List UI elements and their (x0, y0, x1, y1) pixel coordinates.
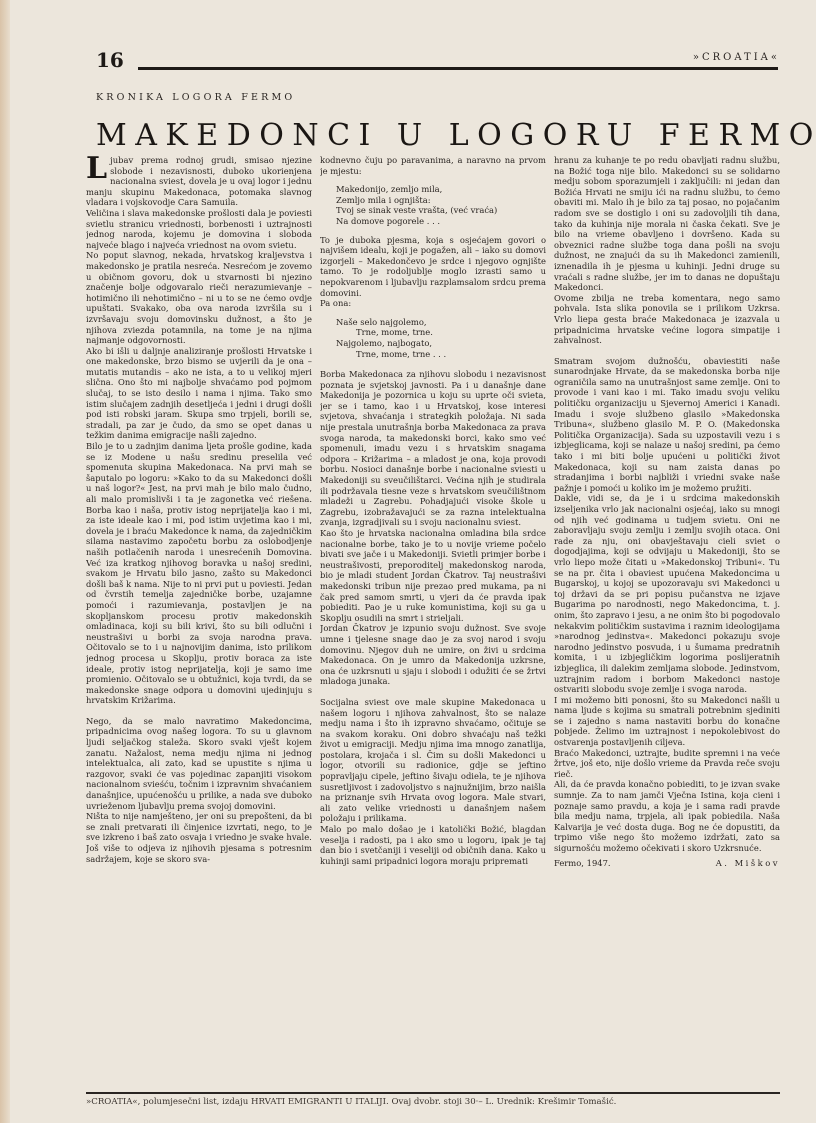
paragraph: To je duboka pjesma, koja s osjećajem go… (320, 235, 546, 299)
paragraph: Ako bi išli u daljnje analiziranje prošl… (86, 346, 312, 441)
footer-rule (86, 1092, 780, 1094)
verse-line: Trne, mome, trne . . . (336, 349, 546, 360)
paragraph: Smatram svojom dužnošću, obaviestiti naš… (554, 356, 780, 494)
drop-cap: L (86, 157, 107, 181)
section-kicker: KRONIKA LOGORA FERMO (96, 92, 295, 103)
verse-line: Na domove pogorele . . . (336, 216, 546, 227)
imprint-footer: »CROATIA«, polumjesečni list, izdaju HRV… (86, 1097, 780, 1107)
place-date: Fermo, 1947. (554, 858, 611, 869)
paragraph: Nego, da se malo navratimo Makedoncima, … (86, 716, 312, 811)
paragraph: No poput slavnog, nekada, hrvatskog kral… (86, 250, 312, 345)
header-rule (138, 67, 778, 70)
paragraph: Malo po malo došao je i katolički Božić,… (320, 824, 546, 866)
verse-line: Najgolemo, najbogato, (336, 338, 546, 349)
verse-2: Naše selo najgolemo, Trne, mome, trne. N… (336, 317, 546, 359)
paragraph: Socijalna sviest ove male skupine Makedo… (320, 697, 546, 824)
paragraph: I mi možemo biti ponosni, što su Makedon… (554, 695, 780, 748)
article-body: Ljubav prema rodnoj grudi, smisao njezin… (86, 155, 780, 1077)
paragraph: Braćo Makedonci, uztrajte, budite spremn… (554, 748, 780, 780)
publication-name: »CROATIA« (687, 52, 780, 63)
column-3: hranu za kuhanje te po redu obavljati ra… (554, 155, 780, 1077)
column-2: kodnevno čuju po paravanima, a naravno n… (320, 155, 546, 1077)
paragraph: Jordan Čkatrov je izpunio svoju dužnost.… (320, 623, 546, 687)
verse-1: Makedonijo, zemljo mila, Zemljo mila i o… (336, 184, 546, 226)
paragraph: Još više to odjeva iz njihovih pjesama s… (86, 843, 312, 864)
verse-line: Tvoj se sinak veste vrašta, (već vraća) (336, 205, 546, 216)
page-number: 16 (96, 48, 124, 72)
paragraph: kodnevno čuju po paravanima, a naravno n… (320, 155, 546, 176)
paragraph: hranu za kuhanje te po redu obavljati ra… (554, 155, 780, 293)
paragraph: Ovome zbilja ne treba komentara, nego sa… (554, 293, 780, 346)
article-title: MAKEDONCI U LOGORU FERMO (96, 118, 786, 153)
paragraph: Dakle, vidi se, da je i u srdcima makedo… (554, 493, 780, 694)
author-name: A. Miškov (716, 858, 780, 869)
paragraph: Veličina i slava makedonske prošlosti da… (86, 208, 312, 250)
verse-line: Makedonijo, zemljo mila, (336, 184, 546, 195)
paragraph: Ništa to nije namješteno, jer oni su pre… (86, 811, 312, 843)
signoff: Fermo, 1947. A. Miškov (554, 858, 780, 869)
page-edge (0, 0, 10, 1123)
page-header: 16 »CROATIA« (96, 48, 780, 72)
verse-line: Trne, mome, trne. (336, 327, 546, 338)
verse-line: Zemljo mila i ognjišta: (336, 195, 546, 206)
column-1: Ljubav prema rodnoj grudi, smisao njezin… (86, 155, 312, 1077)
paragraph: Ali, da će pravda konačno pobiediti, to … (554, 779, 780, 853)
verse-line: Naše selo najgolemo, (336, 317, 546, 328)
paragraph: Ljubav prema rodnoj grudi, smisao njezin… (86, 155, 312, 208)
paragraph: Bilo je to u zadnjim danima ljeta prošle… (86, 441, 312, 706)
paragraph: Pa ona: (320, 298, 546, 309)
paragraph: Borba Makedonaca za njihovu slobodu i ne… (320, 369, 546, 528)
paragraph: Kao što je hrvatska nacionalna omladina … (320, 528, 546, 623)
